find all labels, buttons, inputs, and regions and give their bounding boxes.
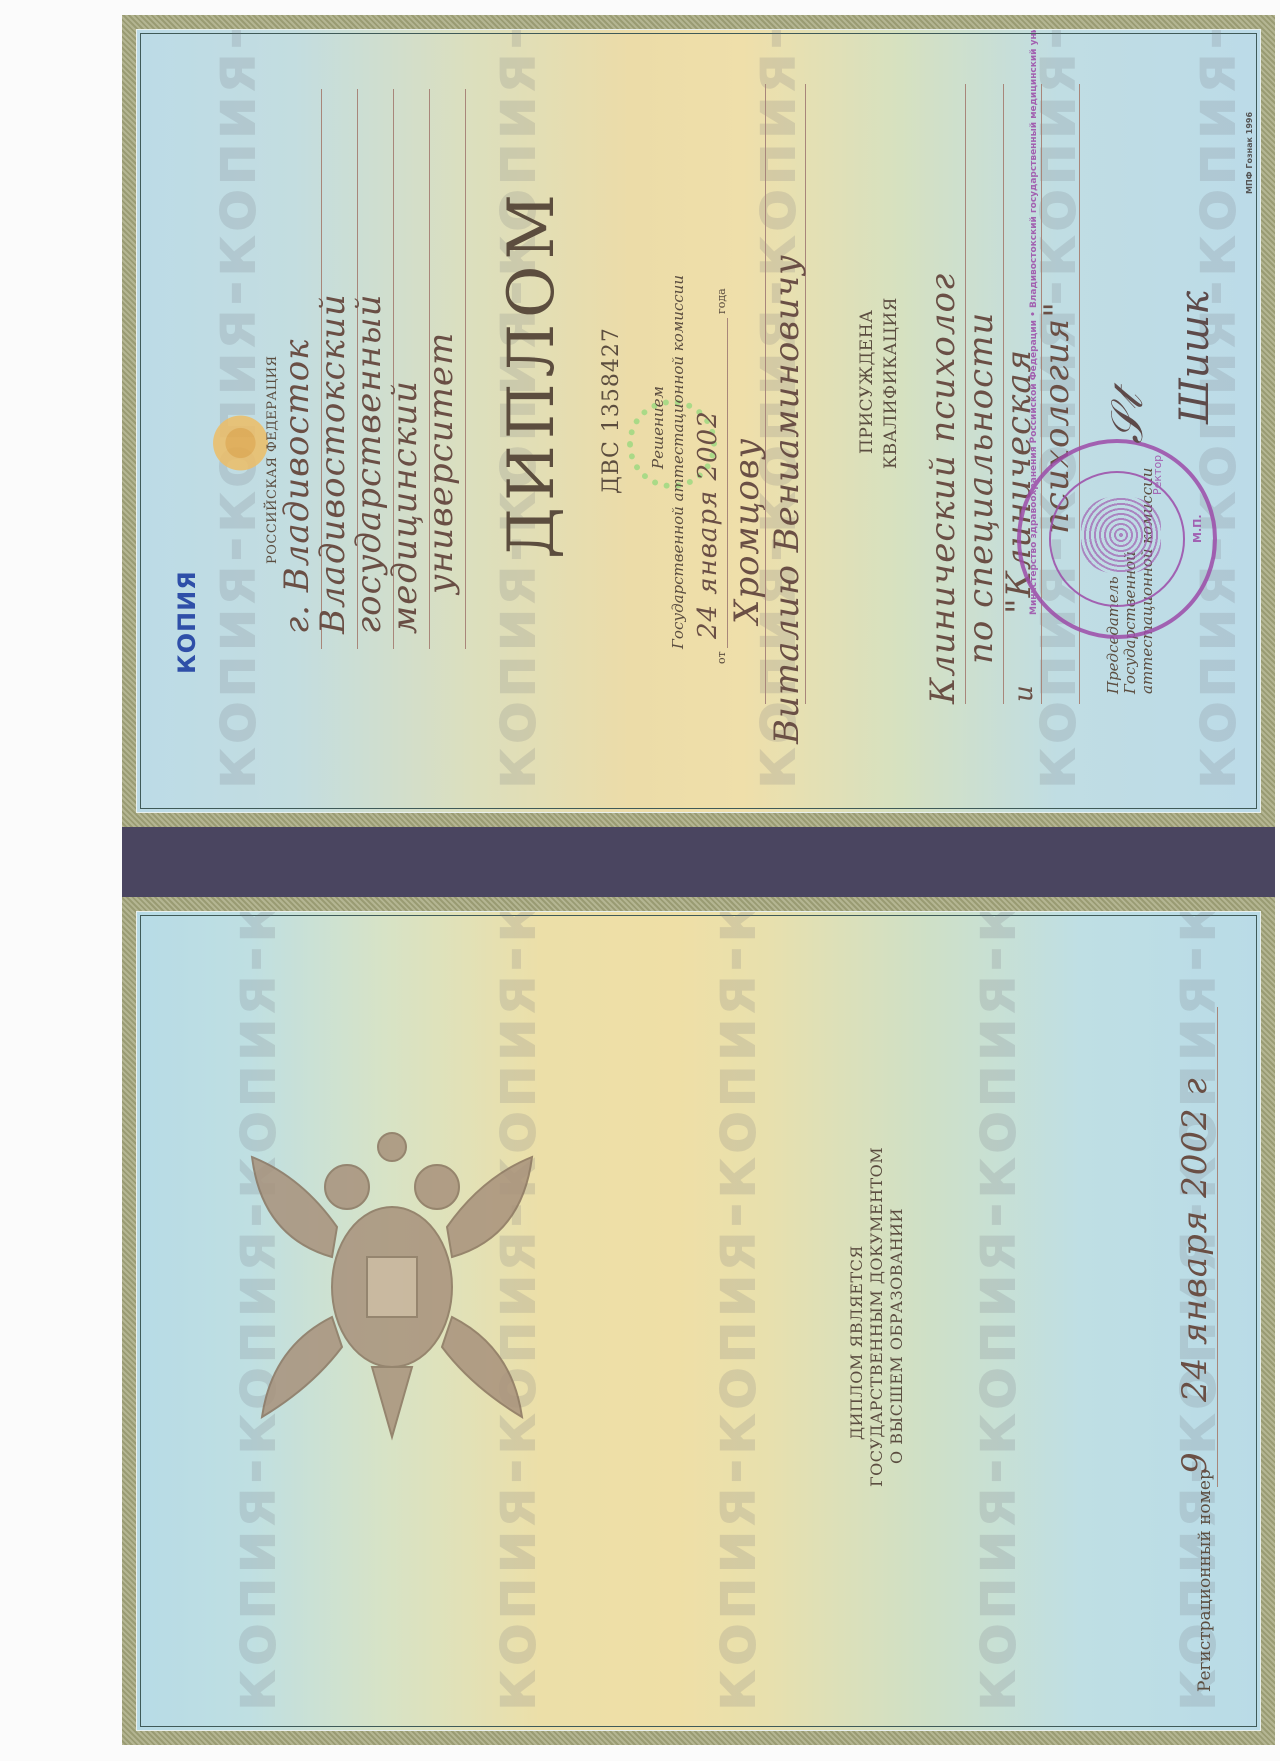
- official-seal: Министерство здравоохранения Российской …: [1017, 439, 1217, 639]
- registration-number: 9: [1175, 1451, 1215, 1474]
- front-page-inner: копия-копия-копия-копия копия-копия-копи…: [136, 29, 1261, 813]
- cover-spine-strip: [122, 827, 1275, 897]
- rector-label: Ректор: [1151, 455, 1164, 495]
- statement-line-1: ДИПЛОМ ЯВЛЯЕТСЯ: [847, 1245, 866, 1440]
- seal-eagle-icon: [1081, 497, 1161, 573]
- recipient-surname: Хромцову: [727, 438, 767, 624]
- diploma-back-page: копия-копия-копия-копия копия-копия-копи…: [122, 897, 1275, 1745]
- form-rule: [1217, 1007, 1218, 1487]
- institution-line-5: университет: [421, 332, 461, 594]
- qualification-and: и: [1009, 684, 1039, 702]
- form-rule: [465, 89, 466, 649]
- registration-label: Регистрационный номер: [1195, 1469, 1215, 1692]
- chairman-signature: 𝒮𝓉: [1102, 395, 1153, 444]
- qualification-label: КВАЛИФИКАЦИЯ: [881, 297, 901, 469]
- date-prefix: от: [715, 651, 728, 664]
- statement-line-3: О ВЫСШЕМ ОБРАЗОВАНИИ: [887, 1208, 906, 1464]
- recipient-name: Виталию Вениаминовичу: [767, 254, 807, 744]
- diploma-front-page: копия-копия-копия-копия копия-копия-копи…: [122, 15, 1275, 827]
- serial-number: ДВС 1358427: [599, 327, 624, 494]
- front-page-content: КОПИЯ РОССИЙСКАЯ ФЕДЕРАЦИЯ г. Владивосто…: [137, 30, 1261, 813]
- qualification-line-2: по специальности: [961, 312, 1001, 664]
- rector-signature: Шишк: [1172, 291, 1218, 424]
- back-page-content: ДИПЛОМ ЯВЛЯЕТСЯ ГОСУДАРСТВЕННЫМ ДОКУМЕНТ…: [137, 912, 1261, 1731]
- qualification-line-1: Клинический психолог: [923, 273, 963, 704]
- awarded-label: ПРИСУЖДЕНА: [857, 310, 877, 454]
- copy-mark: КОПИЯ: [173, 570, 201, 674]
- back-page-inner: копия-копия-копия-копия копия-копия-копи…: [136, 911, 1261, 1731]
- registration-date: 24 января 2002 г: [1175, 1077, 1215, 1402]
- institution-line-2: Владивостокский: [313, 293, 353, 634]
- decision-label: Решением: [649, 386, 667, 469]
- commission-date: 24 января 2002: [693, 410, 723, 639]
- commission-label: Государственной аттестационной комиссии: [669, 275, 687, 649]
- seal-ring-text: Министерство здравоохранения Российской …: [1029, 29, 1039, 615]
- institution-line-1: г. Владивосток: [277, 339, 317, 634]
- institution-line-4: медицинский: [385, 380, 425, 634]
- diploma-title: ДИПЛОМ: [495, 188, 569, 559]
- print-mark: МПФ Гознак 1996: [1245, 112, 1254, 194]
- statement-line-2: ГОСУДАРСТВЕННЫМ ДОКУМЕНТОМ: [867, 1147, 886, 1487]
- institution-line-3: государственный: [349, 293, 389, 634]
- date-suffix: года: [715, 288, 728, 314]
- seal-mp-label: М.П.: [1191, 514, 1204, 543]
